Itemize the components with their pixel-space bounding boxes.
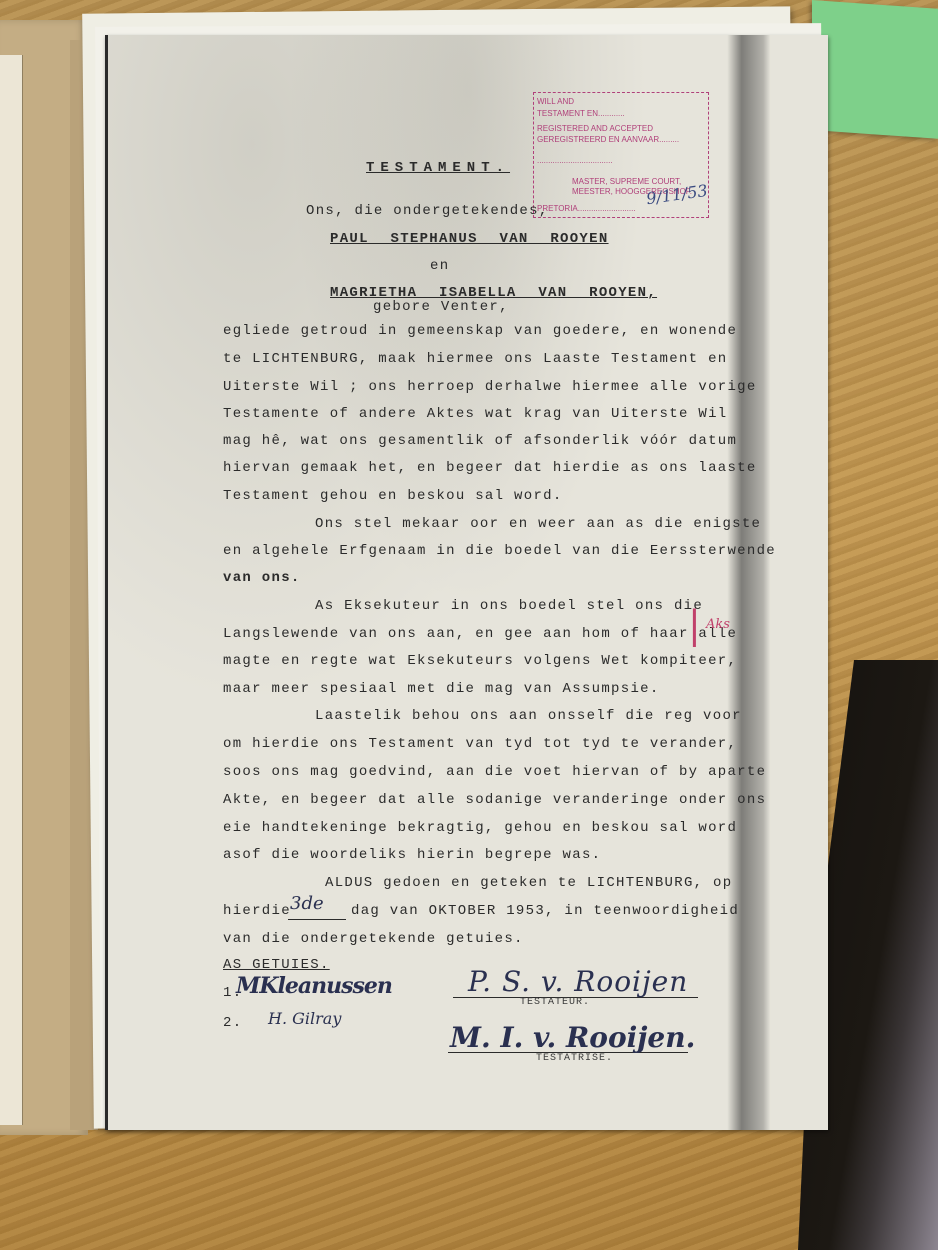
witness-number: 2. — [223, 1015, 242, 1031]
handwritten-day: 3de — [290, 893, 324, 914]
stamp-line: WILL AND — [537, 96, 574, 107]
stamp-line: PRETORIA.......................... — [537, 203, 636, 214]
testatrix-signature: M. I. v. Rooijen. — [450, 1021, 695, 1054]
body-line: eie handtekeninge bekragtig, gehou en be… — [223, 820, 737, 836]
stamp-line: TESTAMENT EN............ — [537, 108, 625, 119]
body-line: hiervan gemaak het, en begeer dat hierdi… — [223, 460, 757, 476]
body-line: Testamente of andere Aktes wat krag van … — [223, 406, 727, 422]
green-card — [812, 0, 938, 139]
body-line: magte en regte wat Eksekuteurs volgens W… — [223, 653, 737, 669]
day-blank-underline — [288, 919, 346, 920]
body-line: Testament gehou en beskou sal word. — [223, 488, 563, 504]
testatrix-caption: TESTATRISE. — [536, 1053, 613, 1064]
body-line: asof die woordeliks hierin begrepe was. — [223, 847, 601, 863]
testament-page: WILL AND TESTAMENT EN............ REGIST… — [105, 35, 828, 1130]
intro-line: Ons, die ondergetekendes, — [306, 203, 549, 219]
stamp-line: REGISTERED AND ACCEPTED — [537, 123, 653, 134]
stamp-line: GEREGISTREERD EN AANVAAR......... — [537, 134, 679, 145]
execution-line: van die ondergetekende getuies. — [223, 931, 524, 947]
witness-signature: H. Gilray — [268, 1009, 341, 1028]
stamp-date-handwritten: 9/11/53 — [646, 185, 709, 204]
document-title: TESTAMENT. — [366, 160, 510, 176]
body-line: Akte, en begeer dat alle sodanige verand… — [223, 792, 766, 808]
body-line: en algehele Erfgenaam in die boedel van … — [223, 543, 776, 559]
body-line: te LICHTENBURG, maak hiermee ons Laaste … — [223, 351, 727, 367]
stamp-line: .................................. — [537, 155, 613, 166]
body-line: egliede getroud in gemeenskap van goeder… — [223, 323, 737, 339]
body-line: As Eksekuteur in ons boedel stel ons die — [315, 598, 703, 614]
registry-stamp: WILL AND TESTAMENT EN............ REGIST… — [533, 92, 709, 218]
conjunction: en — [430, 258, 449, 274]
witness-signature: MKleanussen — [236, 973, 392, 999]
body-line: van ons. — [223, 570, 301, 586]
testatrix-maiden-name: gebore Venter, — [373, 299, 509, 315]
margin-bracket-mark: | — [688, 603, 701, 647]
body-line: soos ons mag goedvind, aan die voet hier… — [223, 764, 766, 780]
body-line: maar meer spesiaal met die mag van Assum… — [223, 681, 660, 697]
execution-suffix: dag van OKTOBER 1953, in teenwoordigheid — [351, 903, 739, 919]
testator-caption: TESTATEUR. — [520, 997, 590, 1008]
execution-prefix: hierdie — [223, 903, 291, 919]
body-line: Langslewende van ons aan, en gee aan hom… — [223, 626, 737, 642]
testator-name: PAUL STEPHANUS VAN ROOYEN — [330, 231, 609, 247]
body-line: Laastelik behou ons aan onsself die reg … — [315, 708, 742, 724]
body-line: mag hê, wat ons gesamentlik of afsonderl… — [223, 433, 737, 449]
testator-signature: P. S. v. Rooijen — [468, 965, 688, 998]
left-sheet-edge — [0, 55, 23, 1125]
body-line: Uiterste Wil ; ons herroep derhalwe hier… — [223, 379, 757, 395]
body-line: Ons stel mekaar oor en weer aan as die e… — [315, 516, 761, 532]
witnesses-heading: AS GETUIES. — [223, 957, 330, 973]
body-line: om hierdie ons Testament van tyd tot tyd… — [223, 736, 737, 752]
margin-initials: Aks — [706, 617, 730, 632]
execution-line: ALDUS gedoen en geteken te LICHTENBURG, … — [325, 875, 732, 891]
